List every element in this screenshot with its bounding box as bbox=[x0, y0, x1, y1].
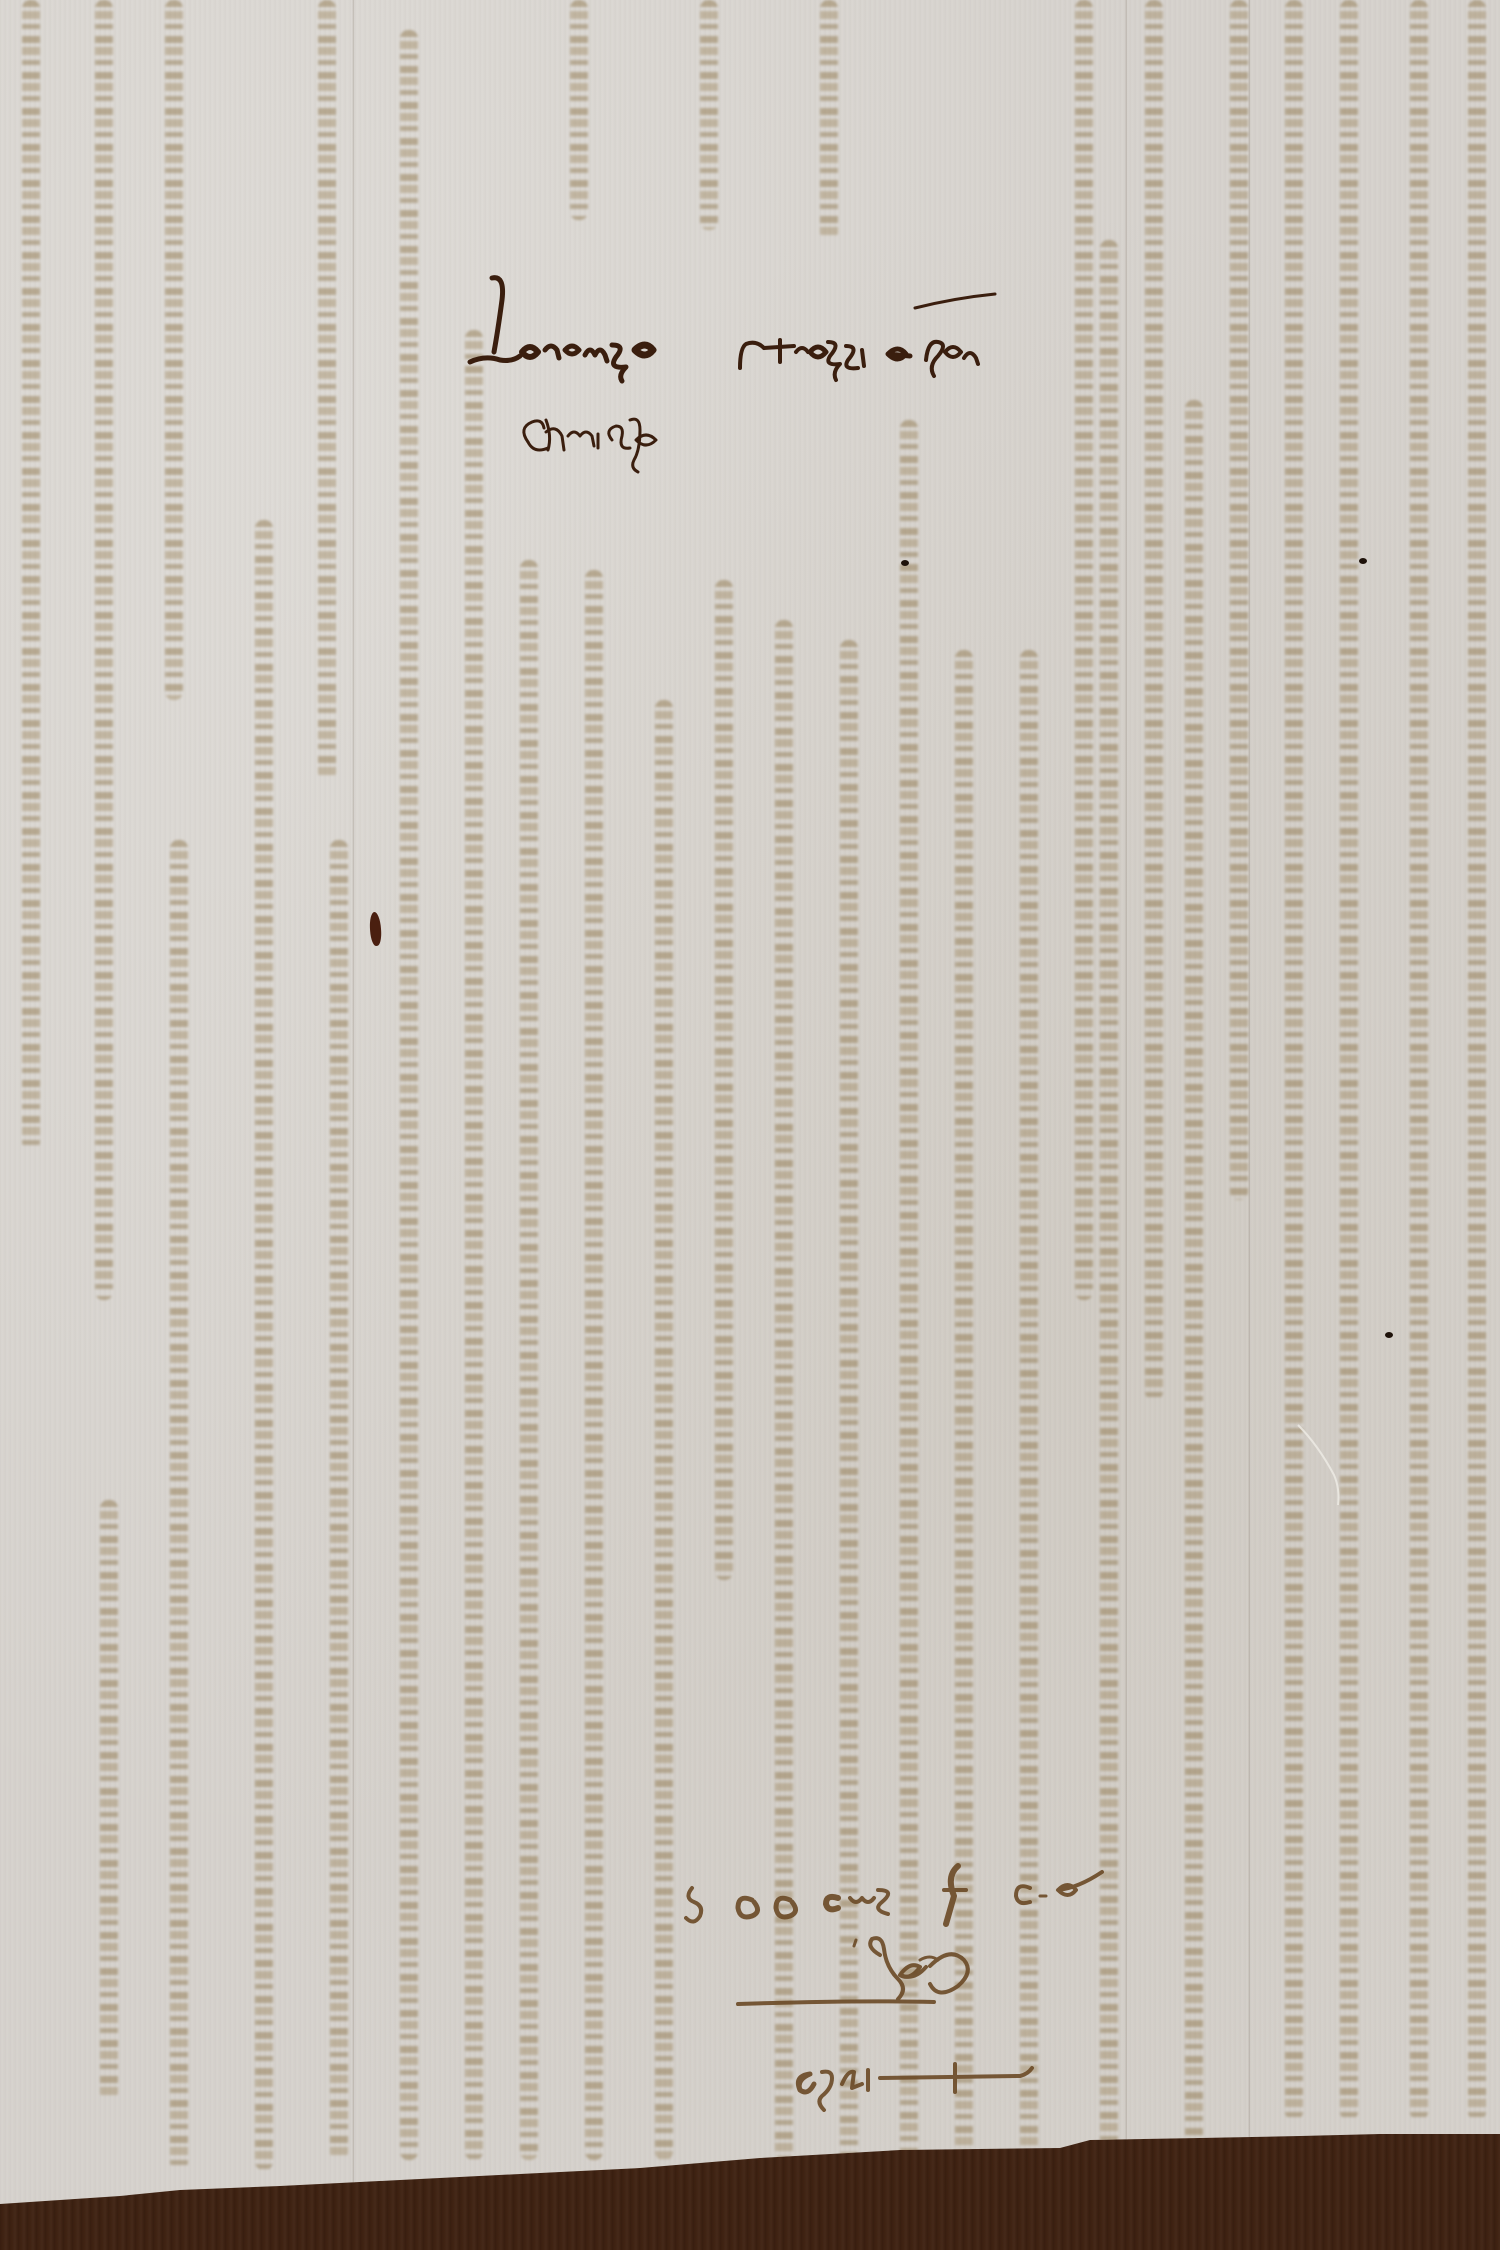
paper-fiber bbox=[0, 0, 1500, 2250]
manuscript-photo: Lorenzo Strozzi a San Chimenti bbox=[0, 0, 1500, 2250]
